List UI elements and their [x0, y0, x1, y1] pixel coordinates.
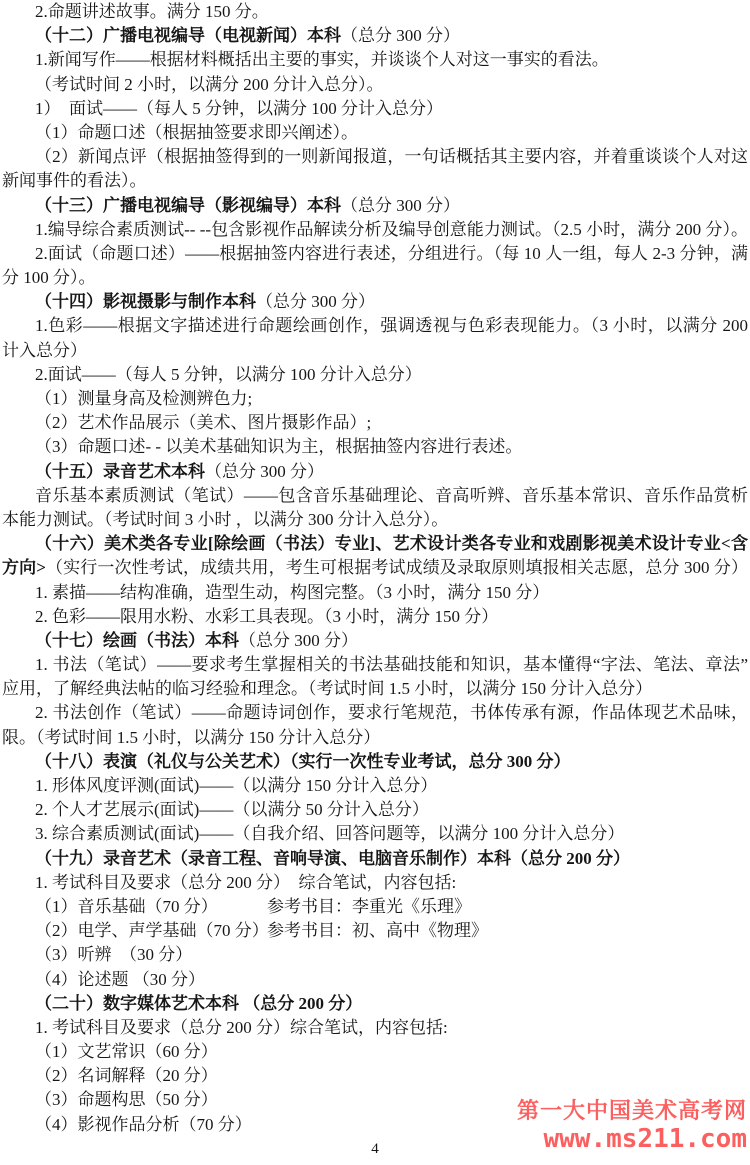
- section-heading-line: （十五）录音艺术本科（总分 300 分）: [2, 460, 748, 484]
- text-segment: （1）命题口述（根据抽签要求即兴阐述）。: [35, 123, 358, 142]
- text-segment: （1）音乐基础（70 分）: [35, 895, 267, 919]
- section-heading-line: （十八）表演（礼仪与公关艺术）（实行一次性专业考试，总分 300 分）: [2, 750, 748, 774]
- text-segment: （3）命题口述- - 以美术基础知识为主，根据抽签内容进行表述。: [35, 437, 522, 456]
- text-line: 1. 考试科目及要求（总分 200 分） 综合笔试，内容包括:: [2, 871, 748, 895]
- text-line: （2）名词解释（20 分）: [2, 1064, 748, 1088]
- text-line: 计入总分）: [2, 339, 748, 363]
- section-heading-line: （十四）影视摄影与制作本科（总分 300 分）: [2, 290, 748, 314]
- text-line: 1. 书法（笔试）——要求考生掌握相关的书法基础技能和知识，基本懂得“字法、笔法…: [2, 653, 748, 677]
- text-segment: （2）电学、声学基础（70 分）: [35, 919, 267, 943]
- text-segment: 本能力测试。（考试时间 3 小时 ，以满分 300 分计入总分）。: [2, 510, 448, 529]
- text-line: 限。（考试时间 1.5 小时，以满分 150 分计入总分）: [2, 726, 748, 750]
- text-line: 1. 考试科目及要求（总分 200 分）综合笔试，内容包括:: [2, 1016, 748, 1040]
- text-segment: （2）名词解释（20 分）: [35, 1066, 218, 1085]
- text-segment: 2. 个人才艺展示(面试)——（以满分 50 分计入总分）: [35, 800, 429, 819]
- text-line: 本能力测试。（考试时间 3 小时 ，以满分 300 分计入总分）。: [2, 508, 748, 532]
- text-segment: 分 100 分）。: [2, 268, 96, 287]
- text-segment: （总分 300 分）: [256, 292, 375, 311]
- text-segment: 2. 书法创作（笔试）——命题诗词创作，要求行笔规范，书体传承有源，作品体现艺术…: [2, 703, 748, 725]
- text-line: 应用，了解经典法帖的临习经验和理念。（考试时间 1.5 小时，以满分 150 分…: [2, 677, 748, 701]
- text-segment: 2.面试——（每人 5 分钟，以满分 100 分计入总分）: [35, 365, 422, 384]
- text-segment: （总分 300 分）: [239, 631, 358, 650]
- text-segment: 1. 素描——结构准确，造型生动，构图完整。（3 小时，满分 150 分）: [35, 583, 549, 602]
- text-line: （1）命题口述（根据抽签要求即兴阐述）。: [2, 121, 748, 145]
- text-line: （2）艺术作品展示（美术、图片摄影作品）;: [2, 411, 748, 435]
- text-segment: （总分 300 分）: [341, 26, 460, 45]
- text-segment: 1. 考试科目及要求（总分 200 分） 综合笔试，内容包括:: [35, 873, 456, 892]
- text-segment: 2.命题讲述故事。满分 150 分。: [35, 2, 269, 21]
- text-line: 1. 素描——结构准确，造型生动，构图完整。（3 小时，满分 150 分）: [2, 581, 748, 605]
- watermark-site-url: www.ms211.com: [517, 1124, 747, 1154]
- heading-segment: （十七）绘画（书法）本科: [35, 631, 239, 650]
- watermark-site-name: 第一大中国美术高考网: [517, 1098, 747, 1124]
- text-line: 2. 书法创作（笔试）——命题诗词创作，要求行笔规范，书体传承有源，作品体现艺术…: [2, 701, 748, 725]
- text-line: （1）测量身高及检测辨色力;: [2, 387, 748, 411]
- text-segment: （4）论述题 （30 分）: [35, 970, 205, 989]
- text-segment: 1. 书法（笔试）——要求考生掌握相关的书法基础技能和知识，基本懂得“字法、笔法…: [35, 655, 748, 674]
- text-segment: 1） 面试——（每人 5 分钟，以满分 100 分计入总分）: [35, 99, 443, 118]
- heading-segment: （十六）美术类各专业[除绘画（书法）专业]、艺术设计类各专业和戏剧影视美术设计专…: [35, 534, 748, 553]
- heading-segment: （十五）录音艺术本科: [35, 462, 205, 481]
- text-line: 1.编导综合素质测试-- --包含影视作品解读分析及编导创意能力测试。（2.5 …: [2, 218, 748, 242]
- text-segment: 2. 色彩——限用水粉、水彩工具表现。（3 小时，满分 150 分）: [35, 607, 498, 626]
- text-segment: 新闻事件的看法）。: [2, 171, 147, 190]
- text-line: 2.命题讲述故事。满分 150 分。: [2, 0, 748, 24]
- text-segment: 2.面试（命题口述）——根据抽签内容进行表述，分组进行。（每 10 人一组，每人…: [35, 244, 748, 263]
- heading-segment: （十九）录音艺术（录音工程、音响导演、电脑音乐制作）本科（总分 200 分）: [35, 849, 630, 868]
- text-segment: （3）听辨 （30 分）: [35, 945, 192, 964]
- text-line: 分 100 分）。: [2, 266, 748, 290]
- text-segment: 计入总分）: [2, 341, 87, 360]
- section-heading-line: （十六）美术类各专业[除绘画（书法）专业]、艺术设计类各专业和戏剧影视美术设计专…: [2, 532, 748, 556]
- section-heading-line: （十二）广播电视编导（电视新闻）本科（总分 300 分）: [2, 24, 748, 48]
- text-segment: 1.色彩——根据文字描述进行命题绘画创作，强调透视与色彩表现能力。（3 小时，以…: [2, 316, 748, 338]
- text-line: （1）音乐基础（70 分）参考书目：李重光《乐理》: [2, 895, 748, 919]
- text-segment: （考试时间 2 小时，以满分 200 分计入总分）。: [35, 75, 384, 94]
- heading-segment: 方向>: [2, 558, 46, 577]
- text-segment: 参考书目：李重光《乐理》: [267, 897, 471, 916]
- text-segment: 限。（考试时间 1.5 小时，以满分 150 分计入总分）: [2, 728, 380, 747]
- heading-segment: （二十）数字媒体艺术本科 （总分 200 分）: [35, 994, 362, 1013]
- text-line: （4）论述题 （30 分）: [2, 968, 748, 992]
- text-segment: （实行一次性考试，成绩共用，考生可根据考试成绩及录取原则填报相关志愿，总分 30…: [46, 558, 748, 577]
- section-heading-line: （二十）数字媒体艺术本科 （总分 200 分）: [2, 992, 748, 1016]
- text-segment: 应用，了解经典法帖的临习经验和理念。（考试时间 1.5 小时，以满分 150 分…: [2, 679, 652, 698]
- text-segment: （2）艺术作品展示（美术、图片摄影作品）;: [35, 413, 371, 432]
- text-line: 1.新闻写作——根据材料概括出主要的事实，并谈谈个人对这一事实的看法。: [2, 48, 748, 72]
- text-segment: （1）文艺常识（60 分）: [35, 1042, 218, 1061]
- heading-segment: （十三）广播电视编导（影视编导）本科: [35, 196, 341, 215]
- text-line: （考试时间 2 小时，以满分 200 分计入总分）。: [2, 73, 748, 97]
- text-line: 新闻事件的看法）。: [2, 169, 748, 193]
- text-line: 2. 个人才艺展示(面试)——（以满分 50 分计入总分）: [2, 798, 748, 822]
- text-segment: 音乐基本素质测试（笔试）——包含音乐基础理论、音高听辨、音乐基本常识、音乐作品赏…: [2, 486, 748, 508]
- text-line: （1）文艺常识（60 分）: [2, 1040, 748, 1064]
- document-body: 2.命题讲述故事。满分 150 分。（十二）广播电视编导（电视新闻）本科（总分 …: [2, 0, 748, 1137]
- text-segment: （4）影视作品分析（70 分）: [35, 1115, 252, 1134]
- text-segment: 1. 考试科目及要求（总分 200 分）综合笔试，内容包括:: [35, 1018, 448, 1037]
- text-line: （2）电学、声学基础（70 分）参考书目：初、高中《物理》: [2, 919, 748, 943]
- text-segment: 1. 形体风度评测(面试)——（以满分 150 分计入总分）: [35, 776, 437, 795]
- watermark: 第一大中国美术高考网 www.ms211.com: [517, 1098, 747, 1154]
- section-heading-line: （十三）广播电视编导（影视编导）本科（总分 300 分）: [2, 194, 748, 218]
- text-line: 1. 形体风度评测(面试)——（以满分 150 分计入总分）: [2, 774, 748, 798]
- text-segment: 3. 综合素质测试(面试)——（自我介绍、回答问题等，以满分 100 分计入总分…: [35, 824, 624, 843]
- text-line: 1） 面试——（每人 5 分钟，以满分 100 分计入总分）: [2, 97, 748, 121]
- text-line: 3. 综合素质测试(面试)——（自我介绍、回答问题等，以满分 100 分计入总分…: [2, 822, 748, 846]
- text-segment: 参考书目：初、高中《物理》: [267, 921, 488, 940]
- text-line: （2）新闻点评（根据抽签得到的一则新闻报道，一句话概括其主要内容，并着重谈谈个人…: [2, 145, 748, 169]
- text-segment: （1）测量身高及检测辨色力;: [35, 389, 252, 408]
- text-line: 2.面试——（每人 5 分钟，以满分 100 分计入总分）: [2, 363, 748, 387]
- section-heading-line: （十九）录音艺术（录音工程、音响导演、电脑音乐制作）本科（总分 200 分）: [2, 847, 748, 871]
- text-segment: （总分 300 分）: [205, 462, 324, 481]
- text-line: （3）命题口述- - 以美术基础知识为主，根据抽签内容进行表述。: [2, 435, 748, 459]
- section-heading-line: （十七）绘画（书法）本科（总分 300 分）: [2, 629, 748, 653]
- text-segment: （总分 300 分）: [341, 196, 460, 215]
- text-line: （3）听辨 （30 分）: [2, 943, 748, 967]
- text-segment: （2）新闻点评（根据抽签得到的一则新闻报道，一句话概括其主要内容，并着重谈谈个人…: [2, 147, 748, 169]
- text-line: 2. 色彩——限用水粉、水彩工具表现。（3 小时，满分 150 分）: [2, 605, 748, 629]
- text-segment: 1.编导综合素质测试-- --包含影视作品解读分析及编导创意能力测试。（2.5 …: [35, 220, 748, 239]
- text-segment: 1.新闻写作——根据材料概括出主要的事实，并谈谈个人对这一事实的看法。: [35, 50, 609, 69]
- document-page: 2.命题讲述故事。满分 150 分。（十二）广播电视编导（电视新闻）本科（总分 …: [0, 0, 750, 1165]
- heading-segment: （十二）广播电视编导（电视新闻）本科: [35, 26, 341, 45]
- text-line: 1.色彩——根据文字描述进行命题绘画创作，强调透视与色彩表现能力。（3 小时，以…: [2, 314, 748, 338]
- heading-segment: （十四）影视摄影与制作本科: [35, 292, 256, 311]
- text-segment: （3）命题构思（50 分）: [35, 1090, 218, 1109]
- section-heading-line: 方向>（实行一次性考试，成绩共用，考生可根据考试成绩及录取原则填报相关志愿，总分…: [2, 556, 748, 580]
- text-line: 2.面试（命题口述）——根据抽签内容进行表述，分组进行。（每 10 人一组，每人…: [2, 242, 748, 266]
- heading-segment: （十八）表演（礼仪与公关艺术）（实行一次性专业考试，总分 300 分）: [35, 752, 571, 771]
- text-line: 音乐基本素质测试（笔试）——包含音乐基础理论、音高听辨、音乐基本常识、音乐作品赏…: [2, 484, 748, 508]
